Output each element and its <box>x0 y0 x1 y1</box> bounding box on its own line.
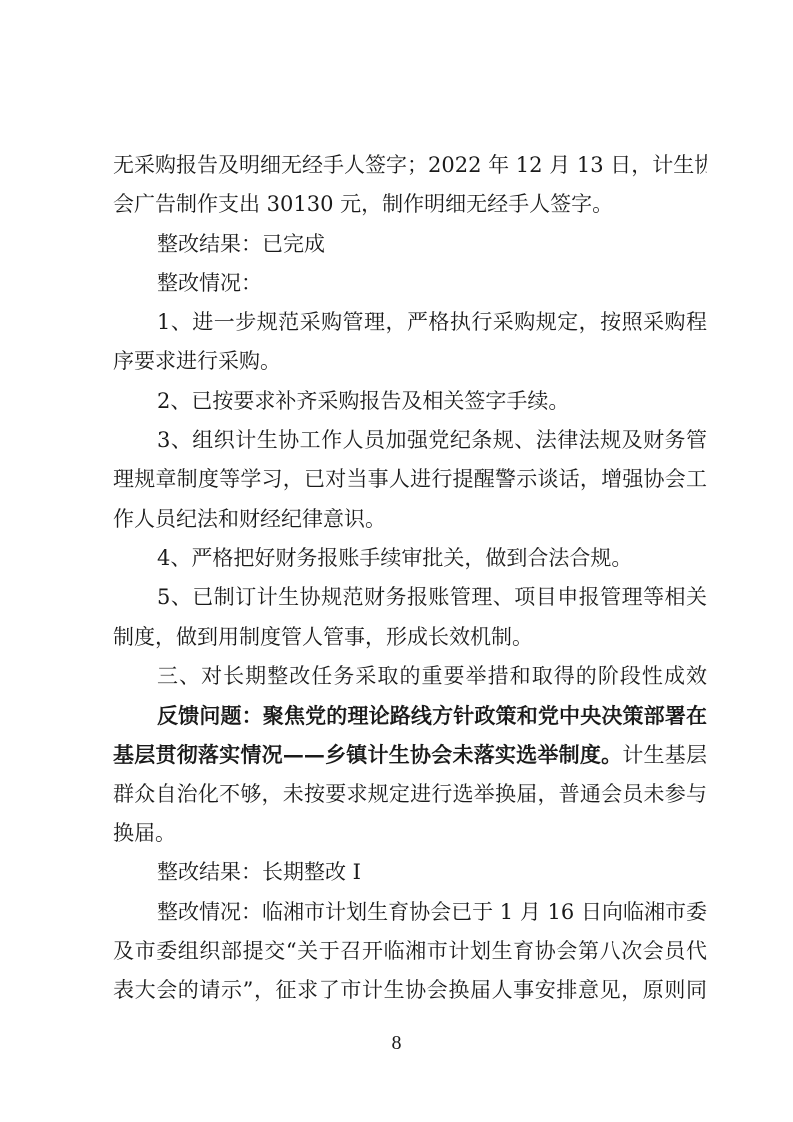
rectification-status: 整改情况：临湘市计划生育协会已于 1 月 16 日向临湘市委 <box>113 893 707 932</box>
feedback-issue: 反馈问题：聚焦党的理论路线方针政策和党中央决策部署在 <box>113 696 707 735</box>
rectification-status-cont: 及市委组织部提交“关于召开临湘市计划生育协会第八次会员代 <box>113 932 707 971</box>
paragraph-line: 会广告制作支出 30130 元，制作明细无经手人签字。 <box>113 185 707 224</box>
feedback-issue-cont: 换届。 <box>113 814 707 853</box>
list-item-3-cont: 理规章制度等学习，已对当事人进行提醒警示谈话，增强协会工 <box>113 460 707 499</box>
feedback-issue-cont: 基层贯彻落实情况——乡镇计生协会未落实选举制度。计生基层 <box>113 735 707 774</box>
list-item-4: 4、严格把好财务报账手续审批关，做到合法合规。 <box>113 539 707 578</box>
feedback-issue-bold: 基层贯彻落实情况——乡镇计生协会未落实选举制度。 <box>113 742 622 767</box>
list-item-2: 2、已按要求补齐采购报告及相关签字手续。 <box>113 382 707 421</box>
feedback-issue-regular: 计生基层 <box>622 743 707 767</box>
list-item-1: 1、进一步规范采购管理，严格执行采购规定，按照采购程 <box>113 303 707 342</box>
feedback-issue-cont: 群众自治化不够，未按要求规定进行选举换届，普通会员未参与 <box>113 775 707 814</box>
section-heading: 三、对长期整改任务采取的重要举措和取得的阶段性成效 <box>113 657 707 696</box>
list-item-3: 3、组织计生协工作人员加强党纪条规、法律法规及财务管 <box>113 421 707 460</box>
list-item-5: 5、已制订计生协规范财务报账管理、项目申报管理等相关 <box>113 578 707 617</box>
document-body: 无采购报告及明细无经手人签字；2022 年 12 月 13 日，计生协 会广告制… <box>113 146 707 1011</box>
list-item-5-cont: 制度，做到用制度管人管事，形成长效机制。 <box>113 618 707 657</box>
rectification-status-cont: 表大会的请示”，征求了市计生协会换届人事安排意见，原则同 <box>113 971 707 1010</box>
rectification-result: 整改结果：长期整改 I <box>113 853 707 892</box>
list-item-3-cont: 作人员纪法和财经纪律意识。 <box>113 500 707 539</box>
rectification-result: 整改结果：已完成 <box>113 225 707 264</box>
paragraph-line: 无采购报告及明细无经手人签字；2022 年 12 月 13 日，计生协 <box>113 146 707 185</box>
page-number: 8 <box>0 1032 793 1055</box>
rectification-status-label: 整改情况： <box>113 264 707 303</box>
list-item-1-cont: 序要求进行采购。 <box>113 342 707 381</box>
